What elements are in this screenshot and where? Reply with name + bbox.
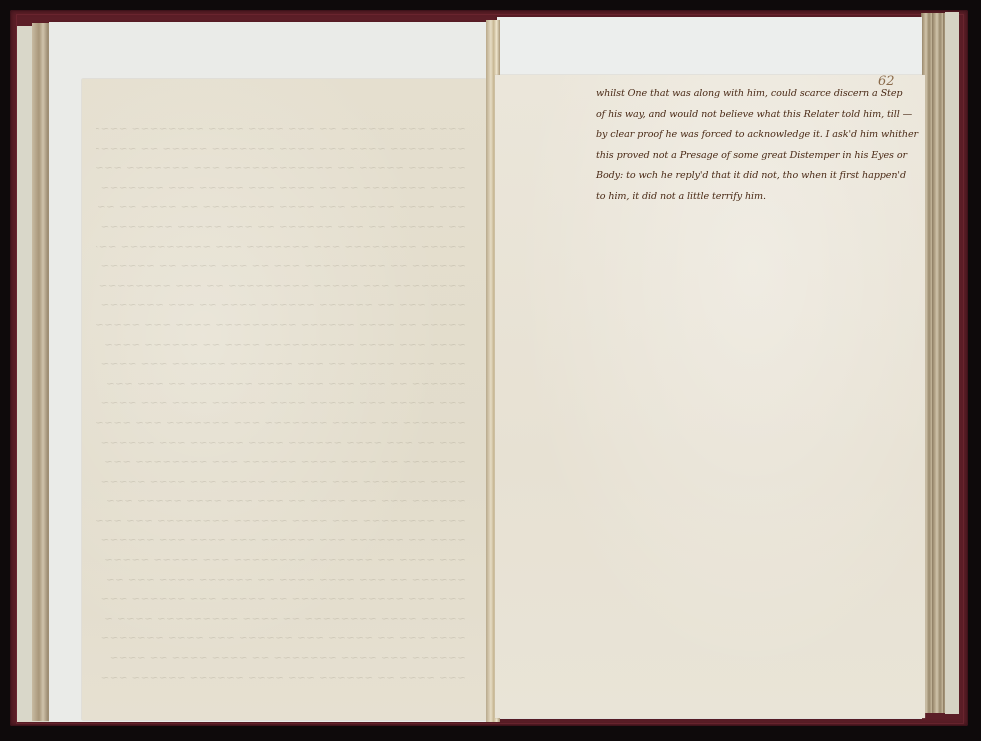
- bleed-line: ~~~ ~~~~~~~~ ~~~ ~~~~ ~~~~~~ ~~~~~~~~ ~~…: [96, 512, 466, 532]
- bleed-line: ~~~ ~~~~ ~~ ~~~~~~ ~~~ ~~~~ ~~~~~~ ~~~~~…: [96, 669, 466, 689]
- bleed-line: ~~~ ~~~ ~~~~~ ~~~~~~~ ~~ ~~~~~ ~~~ ~~~~~…: [96, 590, 466, 610]
- bleed-line: ~~ ~~~~~~ ~~ ~~~ ~~~~~~ ~~ ~~~ ~~~~~ ~~~…: [96, 218, 466, 238]
- text-line: this proved not a Presage of some great …: [596, 146, 921, 167]
- bleed-line: ~~~~ ~~~~~~~ ~~~ ~~~ ~~~ ~~~~~ ~~~ ~~~~ …: [96, 473, 466, 493]
- text-line: to him, it did not a little terrify him.: [596, 187, 921, 208]
- bleed-line: ~~~ ~~~~~ ~~~~ ~~~ ~~~~ ~~~~~~~ ~~~~~ ~~…: [96, 140, 466, 160]
- bleed-line: ~~~~~~ ~~ ~~~ ~~~~ ~~~~ ~~ ~~~~~~ ~~~~ ~…: [96, 571, 466, 591]
- bleed-line: ~~~~~~ ~~~ ~~~~ ~~~~~~~ ~~ ~~~~ ~~~~ ~~ …: [96, 649, 466, 669]
- bleed-line: ~~~~ ~~~~~~~ ~~ ~~ ~~~~ ~~~ ~~~~~ ~~~ ~~…: [96, 179, 466, 199]
- text-line: Body: to wch he reply'd that it did not,…: [596, 166, 921, 187]
- bleed-line: ~~~~ ~~ ~~~~~~ ~~~ ~~~~~~ ~~~ ~~~~ ~~~ ~…: [96, 531, 466, 551]
- bleed-line: ~~~~~ ~~~~~~~~ ~~~ ~~~~~~~ ~~~ ~~~~~~~~~…: [96, 238, 466, 258]
- bleed-line: ~~~ ~~~~ ~~~~~ ~~~ ~~~~ ~~~~~~~~ ~~ ~~~~…: [96, 198, 466, 218]
- bleed-line: ~~~~ ~~~ ~~~~~~ ~~ ~~~ ~~~~ ~~~~ ~~~~~~~…: [96, 120, 466, 140]
- text-line: whilst One that was along with him, coul…: [596, 84, 921, 105]
- bleed-line: ~~~ ~~~~ ~~ ~~~~~~~ ~~~~~~~~ ~~~ ~~~~~ ~…: [96, 551, 466, 571]
- bleed-line: ~~~~~ ~~~~ ~~~~~~~~ ~~ ~~~~ ~~~~~~~~~ ~~…: [96, 610, 466, 630]
- bleed-line: ~~~~~~~ ~~ ~~~~~ ~~~~~~~ ~~~ ~~~~~~~ ~~~…: [96, 414, 466, 434]
- bleed-through-text: ~~~~ ~~~ ~~~~~~ ~~ ~~~ ~~~~ ~~~~ ~~~~~~~…: [96, 120, 466, 688]
- bleed-line: ~~~~ ~~~ ~~ ~~~~~~ ~~~~~~ ~~~~ ~~ ~~~ ~~…: [96, 296, 466, 316]
- text-line: by clear proof he was forced to acknowle…: [596, 125, 921, 146]
- bleed-line: ~~~~~~ ~~~ ~~~ ~~~~ ~~ ~~~ ~~~ ~~~~ ~~~~…: [96, 492, 466, 512]
- bleed-line: ~~~ ~~~~ ~~~~~ ~~ ~~~ ~~~~~~~ ~~~~~~ ~~~…: [96, 355, 466, 375]
- bleed-line: ~~~~~~~ ~~ ~~~~ ~~~~ ~~~~~~ ~~~ ~~~~~~~~…: [96, 453, 466, 473]
- manuscript-text: whilst One that was along with him, coul…: [596, 84, 921, 207]
- bleed-line: ~~~~~ ~~ ~~~~ ~~~~~~ ~~~~~~~~~ ~~~~ ~~~ …: [96, 316, 466, 336]
- bleed-line: ~~~~~~~~ ~~~ ~~~~~ ~~~~~~~~~ ~~ ~~~ ~~~~…: [96, 277, 466, 297]
- bleed-line: ~~~~ ~~~ ~~ ~~~~~ ~~~ ~~~~~~ ~~~ ~~~~ ~~…: [96, 629, 466, 649]
- bleed-line: ~~~ ~~~~~ ~~~ ~~~~~ ~~~~ ~~~~~~ ~~~~ ~~~…: [96, 394, 466, 414]
- bleed-line: ~~~~~~ ~~ ~~~ ~~~ ~~~ ~~~~ ~~~~~~~ ~~ ~~…: [96, 375, 466, 395]
- right-endpaper: [945, 12, 959, 714]
- bleed-line: ~~ ~~~~ ~~~~~ ~~ ~~~~~~~~~~~~ ~~~ ~~~~~~…: [96, 159, 466, 179]
- bleed-line: ~~~~~~ ~~ ~~~~~~~~~ ~~~ ~~ ~~~ ~~~~ ~~ ~…: [96, 257, 466, 277]
- bleed-line: ~~~~ ~~~ ~~~~ ~~~~~~~~~~ ~~~~ ~~ ~~~~~~ …: [96, 336, 466, 356]
- bleed-line: ~~~ ~~ ~~~ ~~~~ ~~~~~~ ~~~~ ~~~~~~ ~~~ ~…: [96, 434, 466, 454]
- text-line: of his way, and would not believe what t…: [596, 105, 921, 126]
